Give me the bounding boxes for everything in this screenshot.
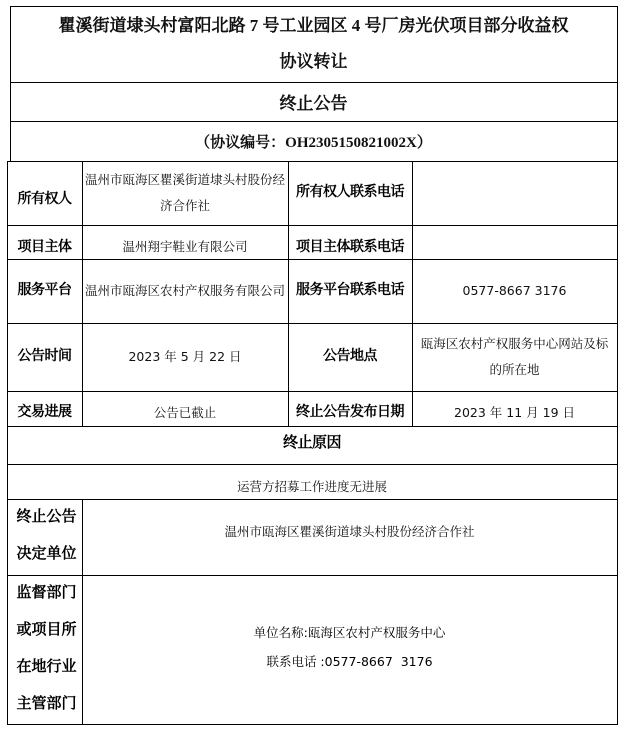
value-trade-progress: 公告已截止	[82, 391, 288, 426]
table-bottom-border	[7, 724, 618, 725]
value-project-entity: 温州翔宇鞋业有限公司	[82, 225, 288, 259]
value-announcement-time: 2023 年 5 月 22 日	[82, 323, 288, 391]
label-owner-phone: 所有权人联系电话	[288, 161, 412, 225]
value-owner: 温州市瓯海区瞿溪街道埭头村股份经济合作社	[82, 161, 288, 225]
label-project-entity-phone: 项目主体联系电话	[288, 225, 412, 259]
value-service-platform-phone: 0577-8667 3176	[412, 259, 617, 323]
termination-reason-header: 终止原因	[7, 426, 617, 464]
label-service-platform: 服务平台	[7, 259, 82, 323]
value-project-entity-phone	[412, 225, 617, 259]
label-line: 终止公告	[16, 499, 76, 536]
border	[617, 6, 618, 725]
label-supervisor: 监督部门 或项目所 在地行业 主管部门	[7, 575, 82, 724]
label-service-platform-phone: 服务平台联系电话	[288, 259, 412, 323]
value-decision-unit: 温州市瓯海区瞿溪街道埭头村股份经济合作社	[82, 499, 617, 575]
label-decision-unit: 终止公告 决定单位	[7, 499, 82, 575]
supervisor-details: 单位名称:瓯海区农村产权服务中心 联系电话 :0577-8667 3176	[82, 575, 617, 724]
label-line: 或项目所	[16, 612, 76, 649]
label-line: 决定单位	[16, 536, 76, 573]
label-line: 监督部门	[16, 575, 76, 612]
label-termination-date: 终止公告发布日期	[288, 391, 412, 426]
termination-reason-text: 运营方招募工作进度无进展	[7, 464, 617, 499]
title-line-1: 瞿溪街道埭头村富阳北路 7 号工业园区 4 号厂房光伏项目部分收益权	[59, 8, 569, 44]
supervisor-phone: 联系电话 :0577-8667 3176	[266, 647, 432, 676]
label-trade-progress: 交易进展	[7, 391, 82, 426]
value-termination-date: 2023 年 11 月 19 日	[412, 391, 617, 426]
notice-subtitle: 终止公告	[10, 82, 617, 121]
document-title: 瞿溪街道埭头村富阳北路 7 号工业园区 4 号厂房光伏项目部分收益权 协议转让	[10, 6, 617, 82]
label-owner: 所有权人	[7, 161, 82, 225]
label-line: 主管部门	[16, 686, 76, 723]
title-line-2: 协议转让	[280, 44, 348, 80]
supervisor-unit-name: 单位名称:瓯海区农村产权服务中心	[254, 618, 446, 647]
value-owner-phone	[412, 161, 617, 225]
value-service-platform: 温州市瓯海区农村产权服务有限公司	[82, 259, 288, 323]
label-line: 在地行业	[16, 649, 76, 686]
value-announcement-location: 瓯海区农村产权服务中心网站及标的所在地	[412, 323, 617, 391]
agreement-number: （协议编号：OH2305150821002X）	[10, 121, 617, 161]
label-announcement-location: 公告地点	[288, 323, 412, 391]
label-project-entity: 项目主体	[7, 225, 82, 259]
label-announcement-time: 公告时间	[7, 323, 82, 391]
